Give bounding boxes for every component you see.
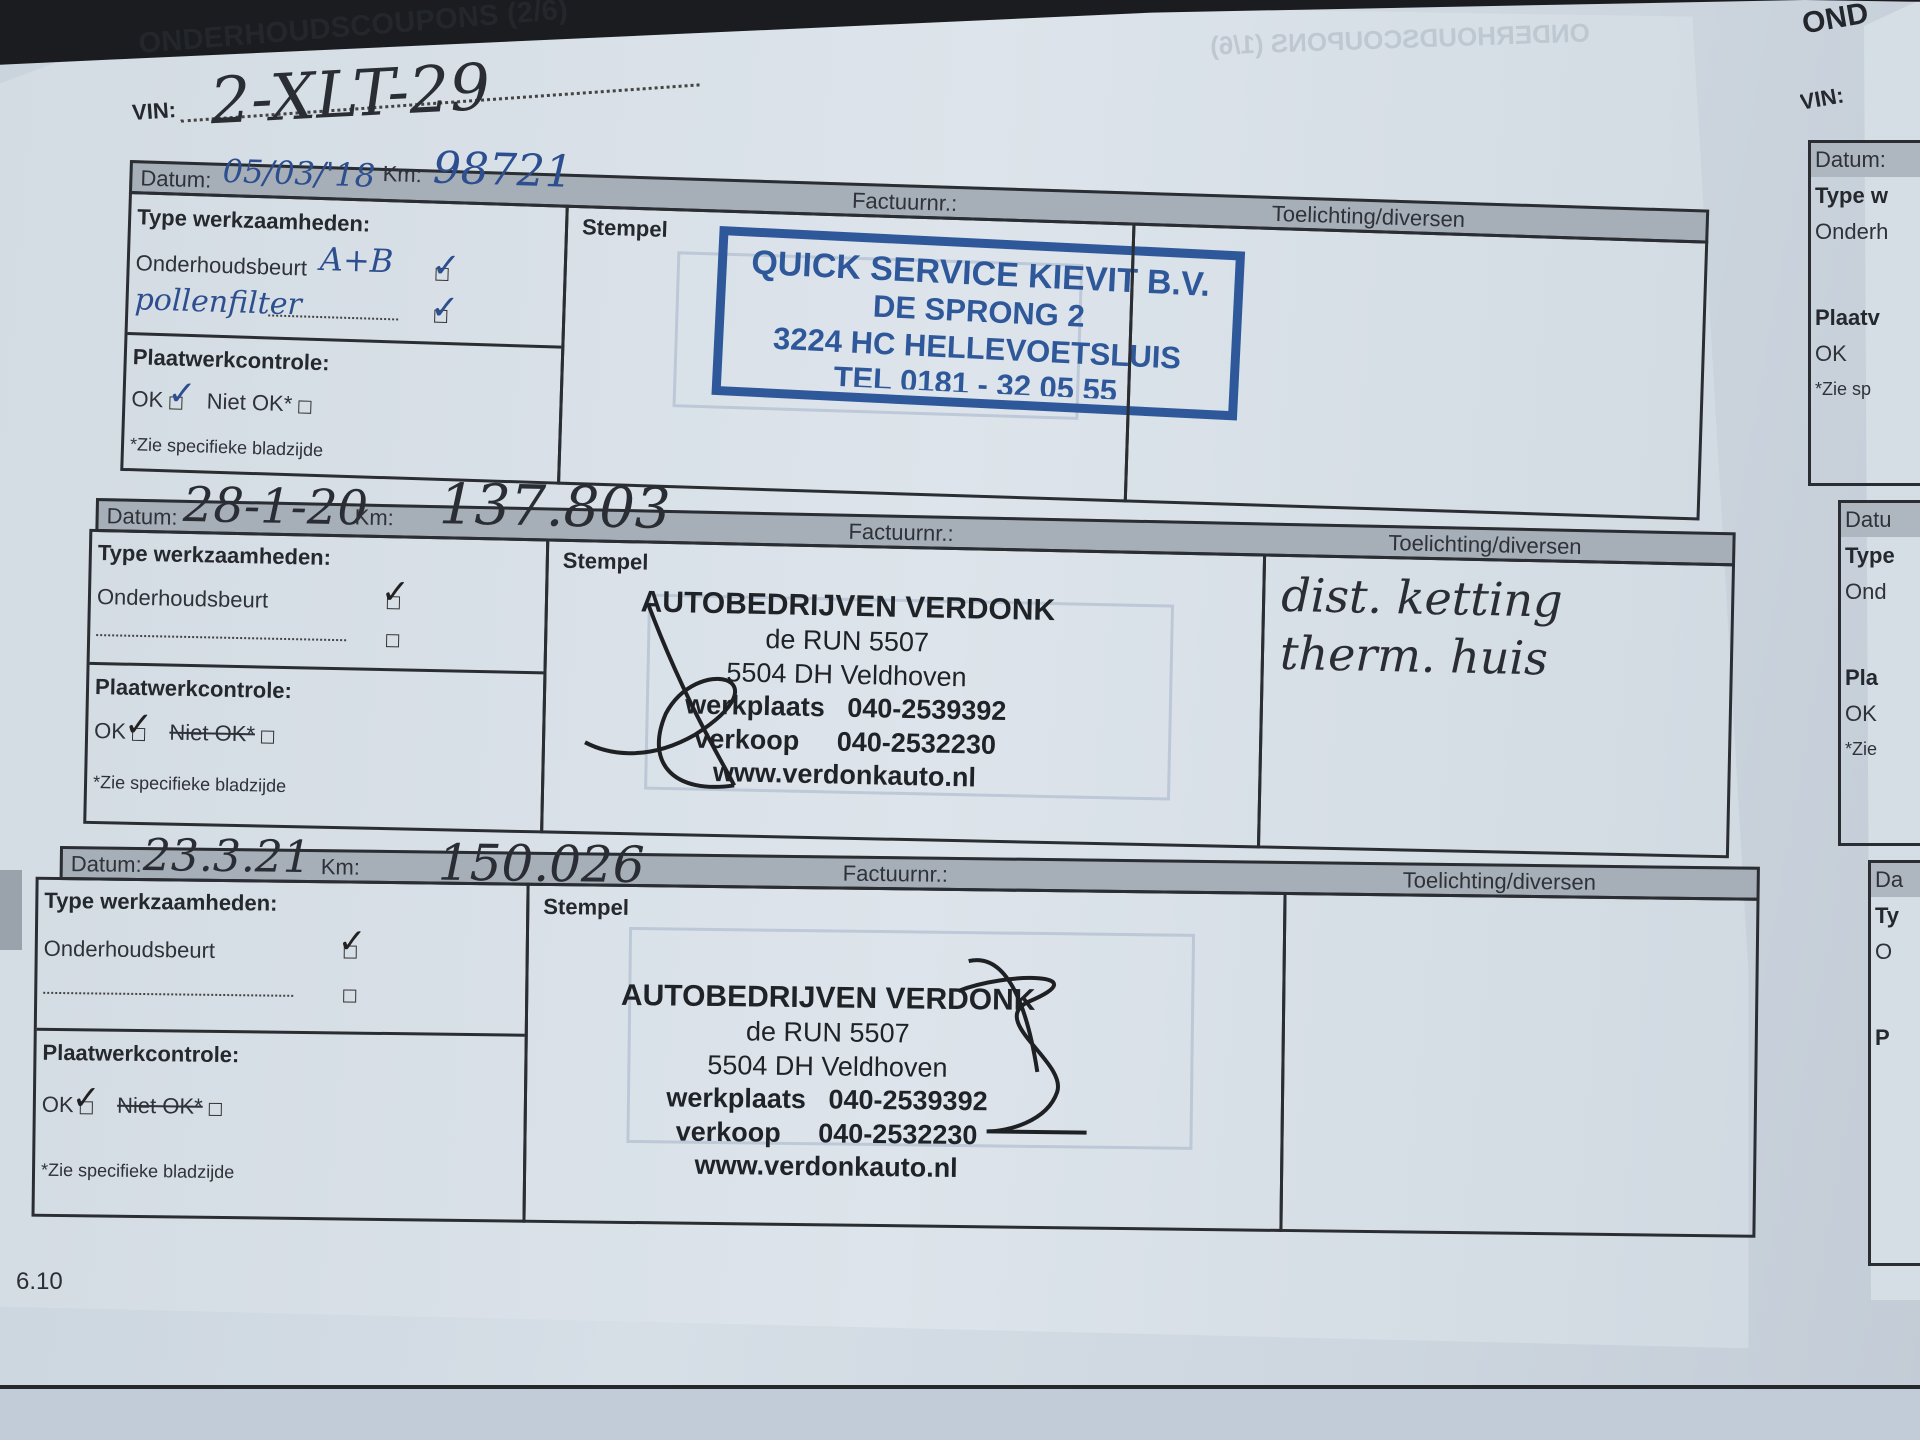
footnote: *Zie specifieke bladzijde <box>130 434 324 461</box>
extra-item-checkbox[interactable] <box>343 989 356 1002</box>
coupon-2-notes-cell: dist. ketting therm. huis <box>1257 553 1735 858</box>
checkmark-icon: ✓ <box>124 705 153 746</box>
datum-value: 05/03/'18 <box>222 152 376 195</box>
right-label: Da <box>1871 863 1920 897</box>
divider <box>37 1028 525 1037</box>
right-label: Datu <box>1841 503 1920 537</box>
checkmark-icon: ✓ <box>167 373 197 414</box>
signature-icon <box>584 592 788 806</box>
vin-label: VIN: <box>131 97 177 125</box>
right-label: Plaatv <box>1811 245 1920 331</box>
plaatwerk-options: OK Niet OK* <box>131 386 312 418</box>
right-label: Onderh <box>1811 209 1920 245</box>
coupon-3-work-cell: Type werkzaamheden: Onderhoudsbeurt ✓ Pl… <box>31 877 529 1223</box>
datum-value: 28-1-20 <box>182 477 368 537</box>
paper-below <box>0 1385 1920 1440</box>
stempel-label: Stempel <box>582 214 668 243</box>
service-booklet-photo: ONDERHOUDSCOUPONS (1/6) ONDERHOUDSCOUPON… <box>0 0 1920 1440</box>
onderhoudsbeurt-label: Onderhoudsbeurt <box>97 584 269 614</box>
coupon-1-work-cell: Type werkzaamheden: Onderhoudsbeurt A+B … <box>120 191 569 485</box>
type-werkzaamheden-label: Type werkzaamheden: <box>137 204 371 237</box>
type-werkzaamheden-label: Type werkzaamheden: <box>98 540 332 571</box>
right-label: P <box>1871 965 1920 1051</box>
checkmark-icon: ✓ <box>338 921 367 961</box>
toelichting-label: Toelichting/diversen <box>1388 530 1582 560</box>
right-label: Datum: <box>1811 143 1920 177</box>
checkmark-icon: ✓ <box>72 1078 101 1118</box>
coupon-1-notes-cell <box>1124 223 1709 521</box>
page-edge-tab <box>0 870 22 950</box>
right-label: Type <box>1841 537 1920 569</box>
km-label: Km: <box>321 854 360 880</box>
factuurnr-label: Factuurnr.: <box>843 861 948 888</box>
onderhoudsbeurt-label: Onderhoudsbeurt <box>135 250 307 281</box>
right-coupon-2: Datu Type Ond Pla OK *Zie <box>1838 500 1920 846</box>
toelichting-label: Toelichting/diversen <box>1403 867 1597 895</box>
km-label: Km: <box>354 504 394 531</box>
right-label: OK <box>1811 331 1920 367</box>
right-label: Ty <box>1871 897 1920 929</box>
toelichting-notes: dist. ketting therm. huis <box>1279 567 1563 688</box>
vin-handwritten-value: 2-XLT-29 <box>208 51 492 140</box>
factuurnr-label: Factuurnr.: <box>848 519 954 547</box>
niet-ok-label: Niet OK* <box>169 720 255 747</box>
ok-label: OK <box>94 718 126 744</box>
niet-ok-label: Niet OK* <box>206 389 292 417</box>
onderhoudsbeurt-note: A+B <box>319 240 394 280</box>
dotted-line <box>43 992 293 997</box>
onderhoudsbeurt-label: Onderhoudsbeurt <box>44 936 216 964</box>
ok-label: OK <box>42 1092 74 1117</box>
plaatwerkcontrole-label: Plaatwerkcontrole: <box>42 1040 239 1068</box>
plaatwerkcontrole-label: Plaatwerkcontrole: <box>95 674 292 704</box>
note-line: therm. huis <box>1279 624 1562 687</box>
stempel-label: Stempel <box>563 548 649 576</box>
signature-icon <box>946 951 1148 1143</box>
footnote: *Zie specifieke bladzijde <box>41 1160 234 1183</box>
right-label: *Zie <box>1841 727 1920 760</box>
right-label: OK <box>1841 691 1920 727</box>
right-coupon-3: Da Ty O P <box>1868 860 1920 1266</box>
right-label: O <box>1871 929 1920 965</box>
page-number: 6.10 <box>16 1268 63 1296</box>
km-value: 98721 <box>432 143 574 198</box>
right-page-partial: OND VIN: Datum: Type w Onderh Plaatv OK … <box>1800 0 1920 1300</box>
ok-label: OK <box>131 386 164 412</box>
right-label: Ond <box>1841 569 1920 605</box>
extra-item-checkbox[interactable] <box>386 634 399 647</box>
right-label: Pla <box>1841 605 1920 691</box>
coupon-2-work-cell: Type werkzaamheden: Onderhoudsbeurt ✓ Pl… <box>83 529 549 834</box>
coupon-3-stamp-cell: Stempel AUTOBEDRIJVEN VERDONK de RUN 550… <box>522 883 1286 1232</box>
checkmark-icon: ✓ <box>431 246 461 287</box>
datum-label: Datum: <box>106 503 177 530</box>
niet-ok-checkbox[interactable] <box>298 401 311 414</box>
niet-ok-checkbox[interactable] <box>261 731 274 744</box>
coupon-1-stamp-cell: Stempel QUICK SERVICE KIEVIT B.V. DE SPR… <box>557 205 1136 503</box>
type-werkzaamheden-label: Type werkzaamheden: <box>44 888 277 917</box>
dotted-line <box>96 634 346 641</box>
right-coupon-1: Datum: Type w Onderh Plaatv OK *Zie sp <box>1808 140 1920 486</box>
niet-ok-checkbox[interactable] <box>209 1103 222 1116</box>
coupon-2-stamp-cell: Stempel AUTOBEDRIJVEN VERDONK de RUN 550… <box>540 538 1266 848</box>
coupon-3-notes-cell <box>1279 892 1759 1238</box>
km-label: Km: <box>382 161 422 188</box>
plaatwerk-options: OK Niet OK* <box>42 1092 222 1120</box>
checkmark-icon: ✓ <box>381 572 410 613</box>
stempel-label: Stempel <box>543 894 629 921</box>
footnote: *Zie specifieke bladzijde <box>93 772 287 797</box>
checkmark-icon: ✓ <box>430 288 460 329</box>
divider <box>90 662 544 675</box>
right-page-title: OND <box>1800 0 1871 42</box>
datum-label: Datum: <box>140 165 212 193</box>
right-label: *Zie sp <box>1811 367 1920 400</box>
right-label: Type w <box>1811 177 1920 209</box>
km-value: 137.803 <box>438 472 671 542</box>
plaatwerk-options: OK Niet OK* <box>94 718 274 748</box>
factuurnr-label: Factuurnr.: <box>852 188 958 217</box>
datum-label: Datum: <box>71 851 142 878</box>
datum-value: 23.3.21 <box>143 830 312 883</box>
stamp-line: www.verdonkauto.nl <box>586 1148 1066 1187</box>
right-page-vin-label: VIN: <box>1800 82 1846 115</box>
niet-ok-label: Niet OK* <box>117 1093 203 1119</box>
plaatwerkcontrole-label: Plaatwerkcontrole: <box>132 344 330 376</box>
note-line: dist. ketting <box>1281 567 1564 630</box>
